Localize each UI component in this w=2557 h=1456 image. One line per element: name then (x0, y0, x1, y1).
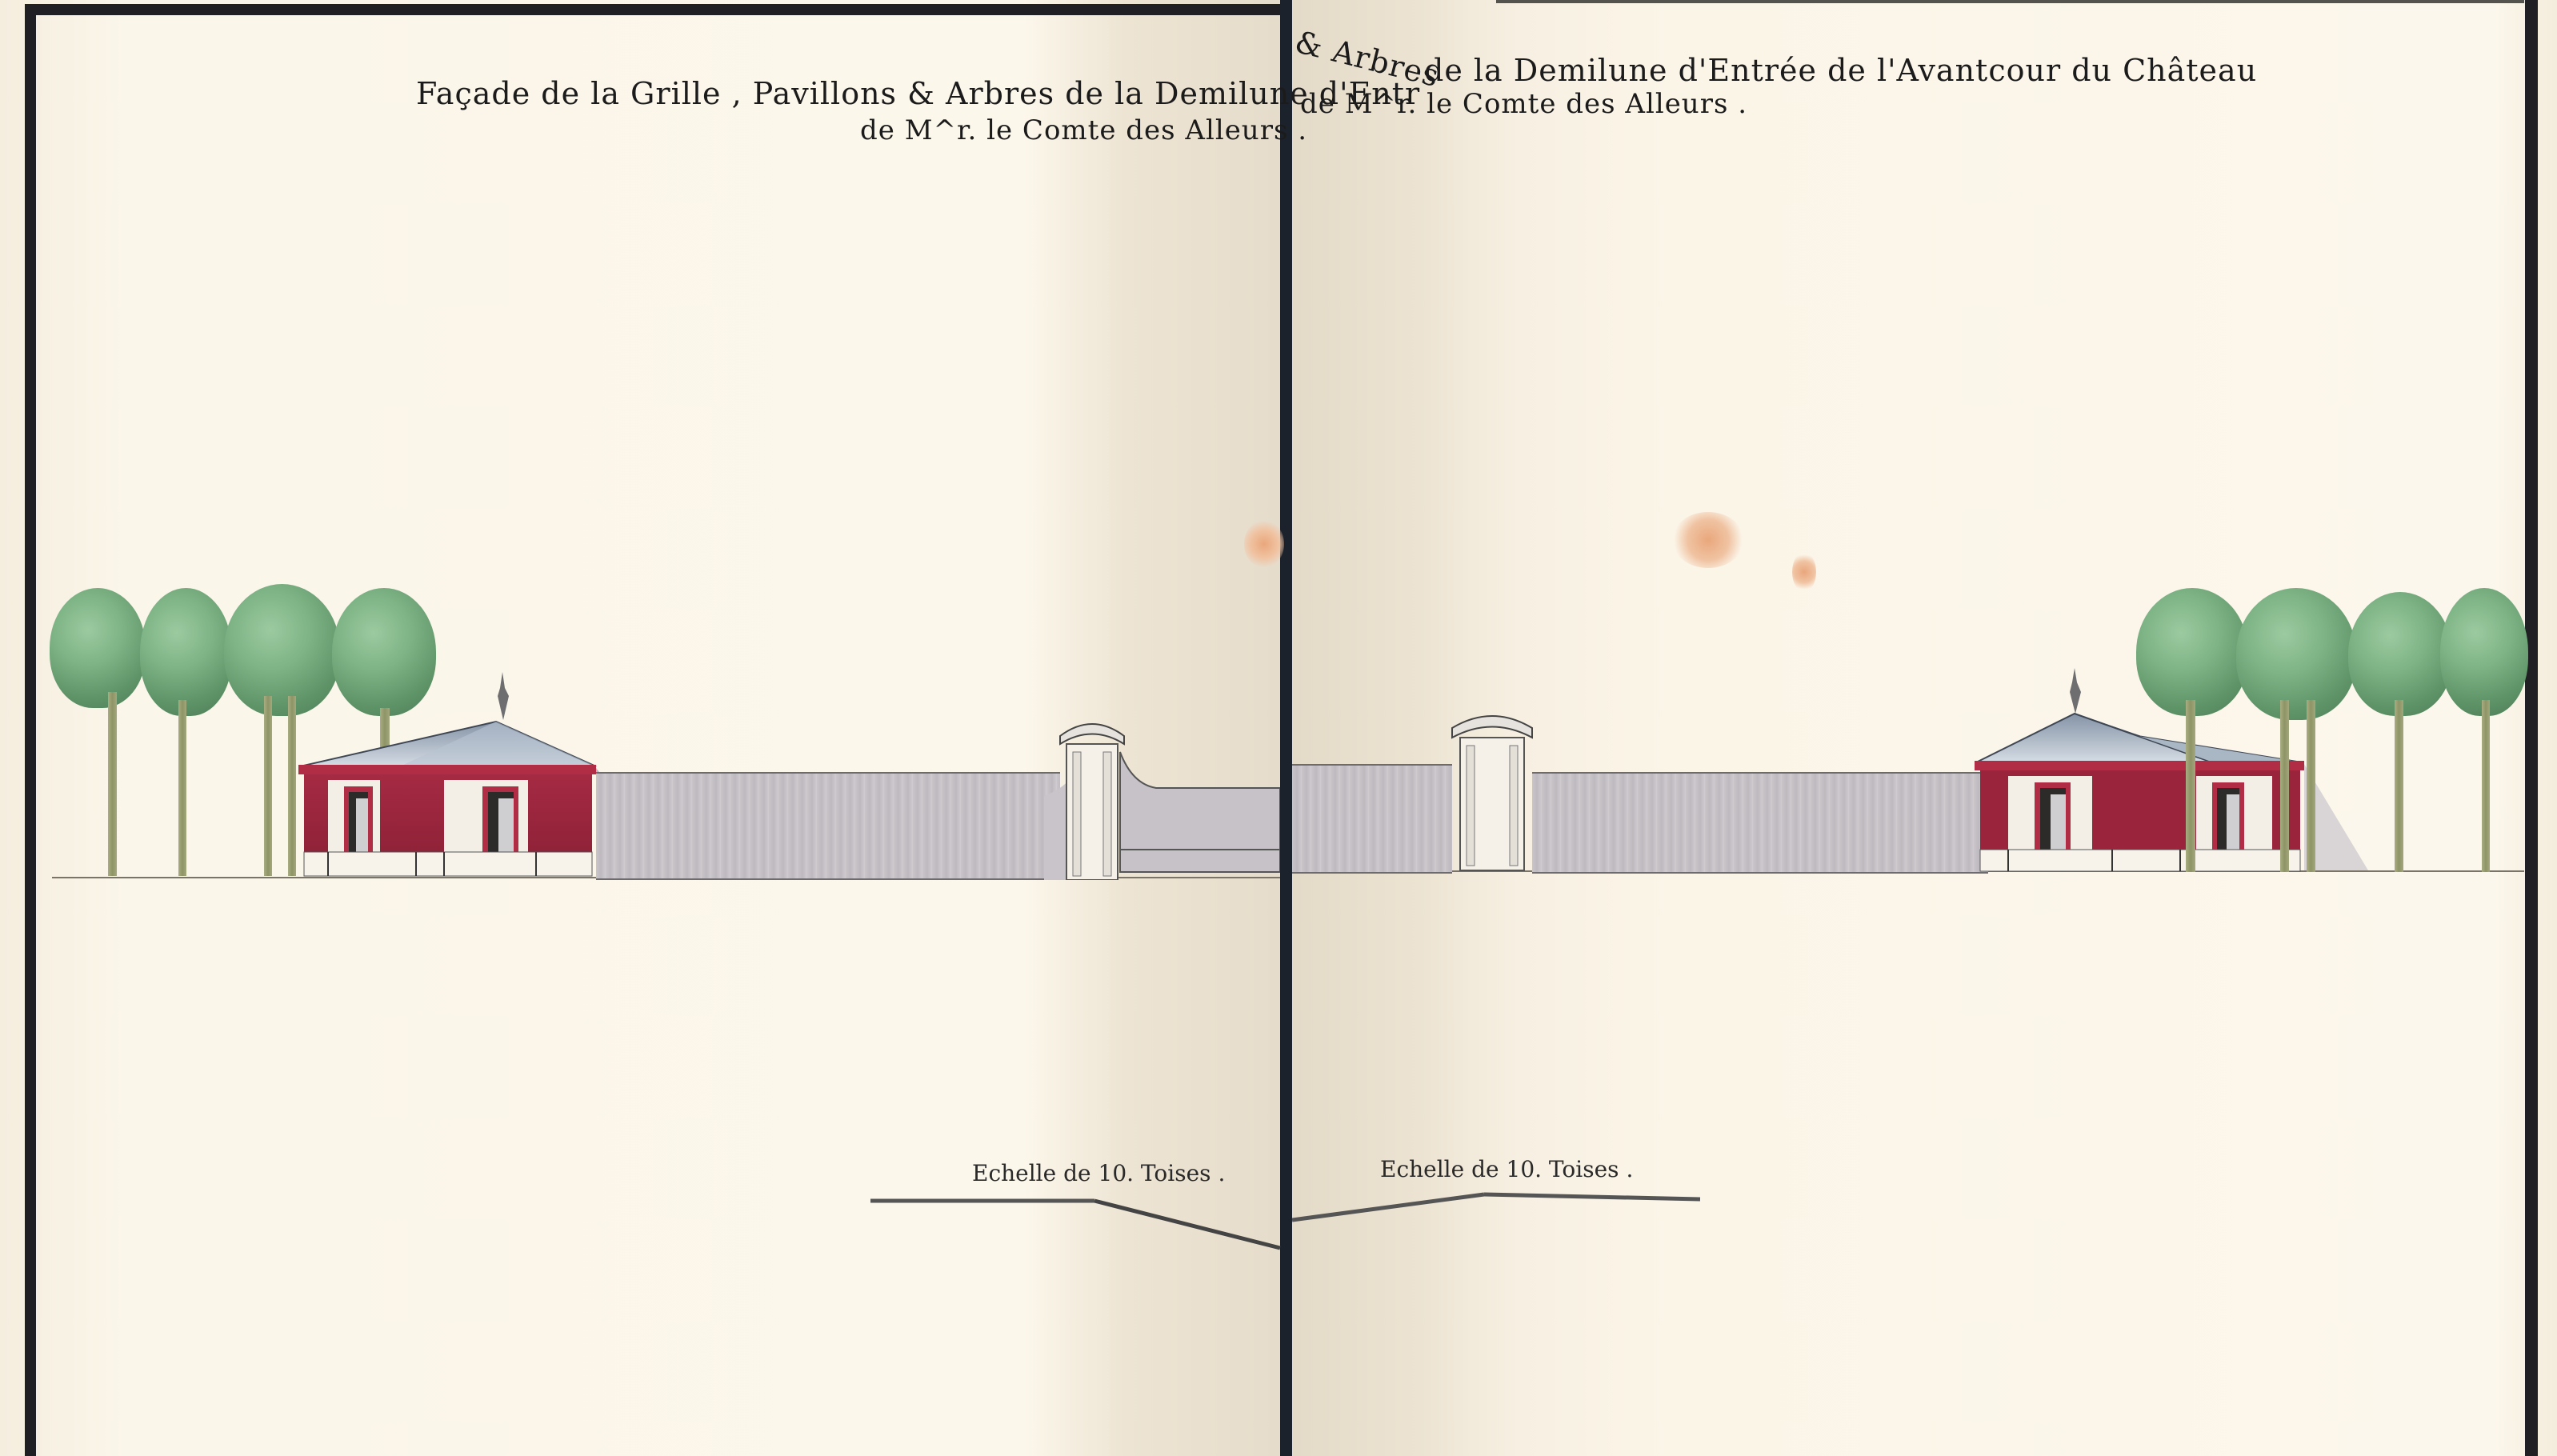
left-pavilion (296, 672, 600, 880)
tree (2348, 592, 2452, 872)
tree (2236, 588, 2356, 872)
left-frame-border-top (25, 4, 1280, 15)
left-title: Façade de la Grille , Pavillons & Arbres… (416, 76, 1420, 146)
paper-stain (1792, 552, 1816, 592)
paper-stain (1672, 512, 1744, 568)
left-wall (596, 772, 1060, 880)
tree (2440, 588, 2528, 872)
right-wall-right (1532, 772, 1988, 874)
finial (498, 672, 509, 720)
tree (50, 588, 146, 876)
right-scale-label: Echelle de 10. Toises . (1380, 1156, 1633, 1182)
left-title-line1: Façade de la Grille , Pavillons & Arbres… (416, 76, 1420, 111)
left-scale-label: Echelle de 10. Toises . (972, 1160, 1225, 1186)
right-title-line1: de la Demilune d'Entrée de l'Avantcour d… (1424, 53, 2257, 88)
right-wall-left (1292, 764, 1452, 874)
left-scale-bar (870, 1196, 1283, 1260)
right-scale-bar (1292, 1188, 1708, 1228)
paper-stain (1244, 520, 1284, 568)
right-gate (1440, 704, 1544, 872)
tree (2136, 588, 2248, 872)
right-frame-border-top (1496, 0, 2524, 3)
finial (2070, 668, 2081, 714)
left-frame-border-left (25, 4, 36, 1456)
tree (140, 588, 232, 876)
left-gate (1044, 712, 1280, 880)
right-title: & Arbres de la Demilune d'Entrée de l'Av… (1300, 24, 2257, 120)
